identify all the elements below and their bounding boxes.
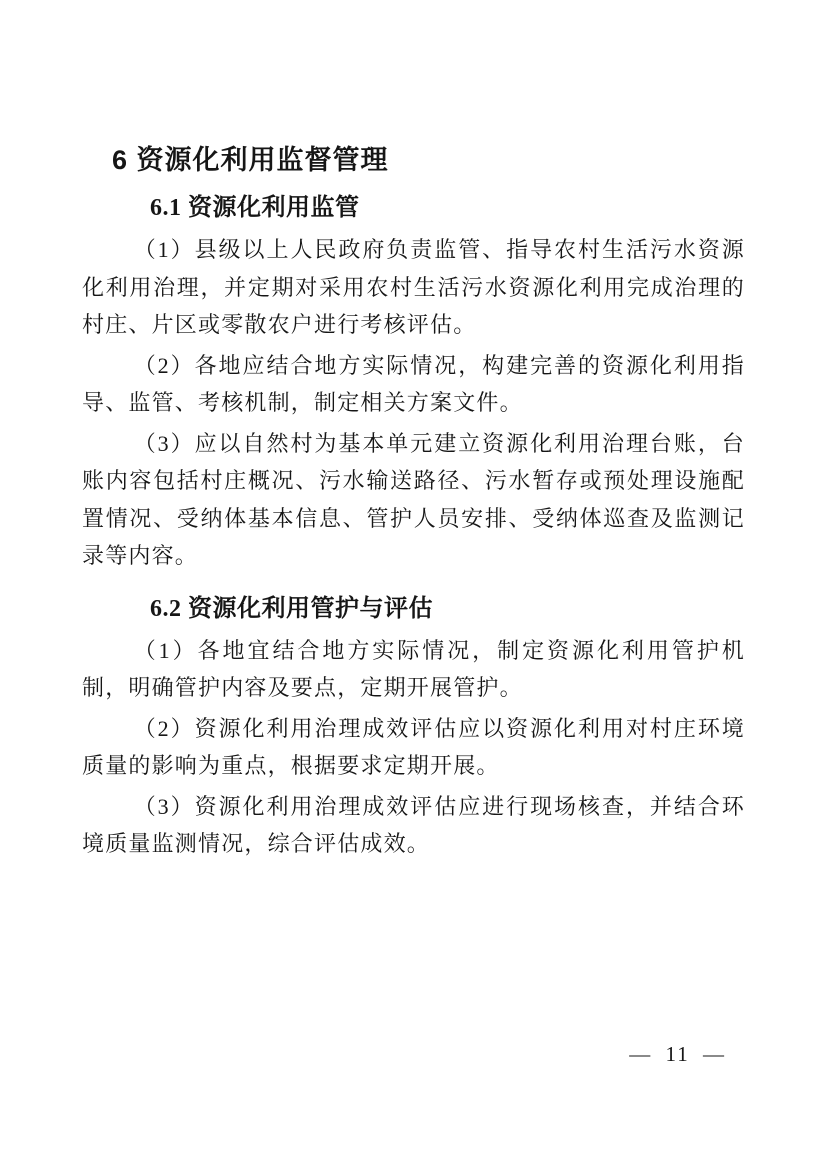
section-6-1: 6.1 资源化利用监管 （1）县级以上人民政府负责监管、指导农村生活污水资源化利…: [82, 188, 745, 575]
paragraph: （3）资源化利用治理成效评估应进行现场核查，并结合环境质量监测情况，综合评估成效…: [82, 788, 745, 863]
page-number: — 11 —: [629, 1042, 726, 1067]
section-6-2: 6.2 资源化利用管护与评估 （1）各地宜结合地方实际情况，制定资源化利用管护机…: [82, 589, 745, 863]
section-heading-6-2: 6.2 资源化利用管护与评估: [150, 589, 745, 629]
paragraph: （2）资源化利用治理成效评估应以资源化利用对村庄环境质量的影响为重点，根据要求定…: [82, 710, 745, 785]
chapter-heading: 6 资源化利用监督管理: [112, 140, 745, 180]
document-content: 6 资源化利用监督管理 6.1 资源化利用监管 （1）县级以上人民政府负责监管、…: [82, 140, 745, 863]
paragraph: （1）各地宜结合地方实际情况，制定资源化利用管护机制，明确管护内容及要点，定期开…: [82, 632, 745, 707]
paragraph: （3）应以自然村为基本单元建立资源化利用治理台账，台账内容包括村庄概况、污水输送…: [82, 425, 745, 575]
section-heading-6-1: 6.1 资源化利用监管: [150, 188, 745, 228]
document-page: 6 资源化利用监督管理 6.1 资源化利用监管 （1）县级以上人民政府负责监管、…: [0, 0, 826, 1169]
paragraph: （1）县级以上人民政府负责监管、指导农村生活污水资源化利用治理，并定期对采用农村…: [82, 231, 745, 344]
paragraph: （2）各地应结合地方实际情况，构建完善的资源化利用指导、监管、考核机制，制定相关…: [82, 347, 745, 422]
